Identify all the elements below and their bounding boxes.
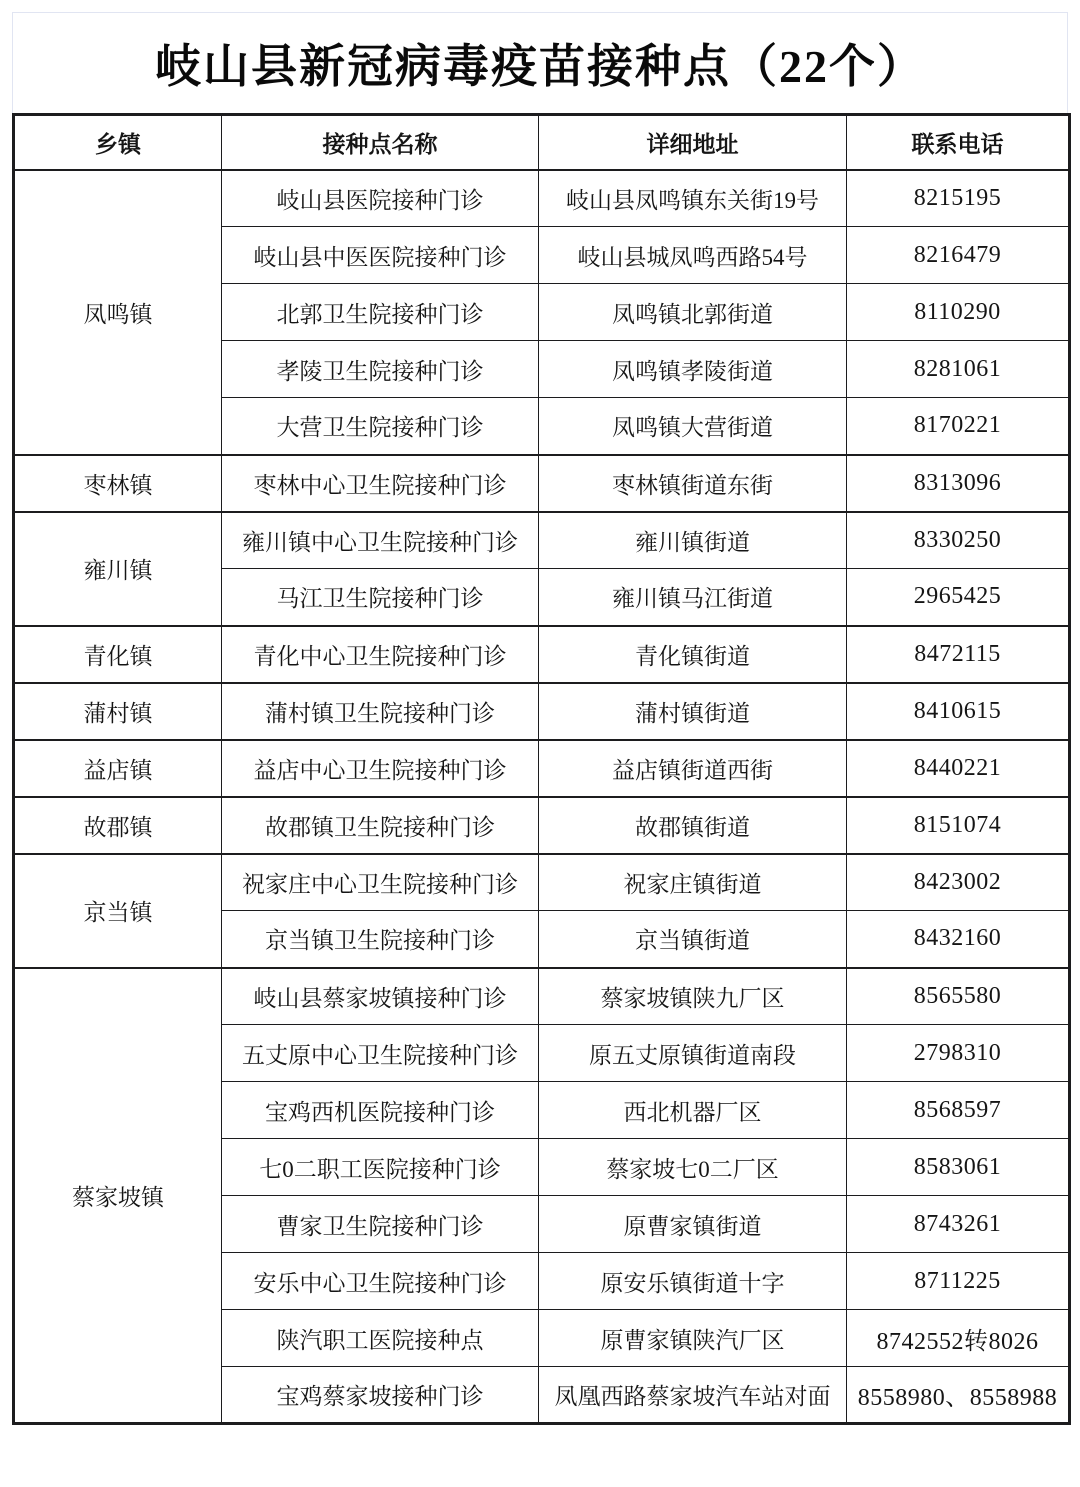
address-cell: 原五丈原镇街道南段 (539, 1025, 847, 1082)
page: 岐山县新冠病毒疫苗接种点（22个） 乡镇 接种点名称 详细地址 联系电话 凤鸣镇… (0, 0, 1080, 1487)
address-cell: 西北机器厂区 (539, 1082, 847, 1139)
site-name-cell: 益店中心卫生院接种门诊 (222, 740, 539, 797)
site-name-cell: 宝鸡蔡家坡接种门诊 (222, 1367, 539, 1424)
table-header: 乡镇 接种点名称 详细地址 联系电话 (14, 115, 1070, 170)
site-name-cell: 孝陵卫生院接种门诊 (222, 341, 539, 398)
phone-cell: 2965425 (847, 569, 1070, 626)
phone-cell: 8565580 (847, 968, 1070, 1025)
address-cell: 祝家庄镇街道 (539, 854, 847, 911)
township-cell: 蔡家坡镇 (14, 968, 222, 1424)
township-cell: 京当镇 (14, 854, 222, 968)
site-name-cell: 岐山县蔡家坡镇接种门诊 (222, 968, 539, 1025)
phone-cell: 8568597 (847, 1082, 1070, 1139)
site-name-cell: 祝家庄中心卫生院接种门诊 (222, 854, 539, 911)
header-phone: 联系电话 (847, 115, 1070, 170)
table-row: 益店镇益店中心卫生院接种门诊益店镇街道西街8440221 (14, 740, 1070, 797)
phone-cell: 8216479 (847, 227, 1070, 284)
page-title: 岐山县新冠病毒疫苗接种点（22个） (155, 30, 925, 96)
table-body: 凤鸣镇岐山县医院接种门诊岐山县凤鸣镇东关街19号8215195岐山县中医医院接种… (14, 170, 1070, 1424)
phone-cell: 8281061 (847, 341, 1070, 398)
address-cell: 青化镇街道 (539, 626, 847, 683)
address-cell: 雍川镇马江街道 (539, 569, 847, 626)
phone-cell: 8432160 (847, 911, 1070, 968)
site-name-cell: 枣林中心卫生院接种门诊 (222, 455, 539, 512)
site-name-cell: 北郭卫生院接种门诊 (222, 284, 539, 341)
address-cell: 故郡镇街道 (539, 797, 847, 854)
site-name-cell: 京当镇卫生院接种门诊 (222, 911, 539, 968)
phone-cell: 8170221 (847, 398, 1070, 455)
site-name-cell: 岐山县医院接种门诊 (222, 170, 539, 227)
address-cell: 雍川镇街道 (539, 512, 847, 569)
site-name-cell: 七0二职工医院接种门诊 (222, 1139, 539, 1196)
phone-cell: 8583061 (847, 1139, 1070, 1196)
header-township: 乡镇 (14, 115, 222, 170)
table-row: 青化镇青化中心卫生院接种门诊青化镇街道8472115 (14, 626, 1070, 683)
address-cell: 京当镇街道 (539, 911, 847, 968)
address-cell: 蒲村镇街道 (539, 683, 847, 740)
site-name-cell: 岐山县中医医院接种门诊 (222, 227, 539, 284)
header-site-name: 接种点名称 (222, 115, 539, 170)
township-cell: 益店镇 (14, 740, 222, 797)
table-row: 蒲村镇蒲村镇卫生院接种门诊蒲村镇街道8410615 (14, 683, 1070, 740)
phone-cell: 8742552转8026 (847, 1310, 1070, 1367)
table-row: 凤鸣镇岐山县医院接种门诊岐山县凤鸣镇东关街19号8215195 (14, 170, 1070, 227)
vaccination-sites-table: 乡镇 接种点名称 详细地址 联系电话 凤鸣镇岐山县医院接种门诊岐山县凤鸣镇东关街… (12, 113, 1071, 1425)
township-cell: 蒲村镇 (14, 683, 222, 740)
phone-cell: 2798310 (847, 1025, 1070, 1082)
phone-cell: 8558980、8558988 (847, 1367, 1070, 1424)
phone-cell: 8423002 (847, 854, 1070, 911)
address-cell: 蔡家坡镇陕九厂区 (539, 968, 847, 1025)
site-name-cell: 青化中心卫生院接种门诊 (222, 626, 539, 683)
site-name-cell: 大营卫生院接种门诊 (222, 398, 539, 455)
phone-cell: 8743261 (847, 1196, 1070, 1253)
header-address: 详细地址 (539, 115, 847, 170)
address-cell: 原安乐镇街道十字 (539, 1253, 847, 1310)
township-cell: 雍川镇 (14, 512, 222, 626)
phone-cell: 8440221 (847, 740, 1070, 797)
site-name-cell: 曹家卫生院接种门诊 (222, 1196, 539, 1253)
address-cell: 凤凰西路蔡家坡汽车站对面 (539, 1367, 847, 1424)
site-name-cell: 蒲村镇卫生院接种门诊 (222, 683, 539, 740)
site-name-cell: 陕汽职工医院接种点 (222, 1310, 539, 1367)
address-cell: 原曹家镇街道 (539, 1196, 847, 1253)
address-cell: 蔡家坡七0二厂区 (539, 1139, 847, 1196)
table-row: 故郡镇故郡镇卫生院接种门诊故郡镇街道8151074 (14, 797, 1070, 854)
address-cell: 原曹家镇陕汽厂区 (539, 1310, 847, 1367)
table-row: 雍川镇雍川镇中心卫生院接种门诊雍川镇街道8330250 (14, 512, 1070, 569)
township-cell: 凤鸣镇 (14, 170, 222, 455)
site-name-cell: 五丈原中心卫生院接种门诊 (222, 1025, 539, 1082)
address-cell: 益店镇街道西街 (539, 740, 847, 797)
phone-cell: 8711225 (847, 1253, 1070, 1310)
site-name-cell: 马江卫生院接种门诊 (222, 569, 539, 626)
address-cell: 凤鸣镇北郭街道 (539, 284, 847, 341)
table-row: 枣林镇枣林中心卫生院接种门诊枣林镇街道东街8313096 (14, 455, 1070, 512)
township-cell: 枣林镇 (14, 455, 222, 512)
address-cell: 枣林镇街道东街 (539, 455, 847, 512)
address-cell: 凤鸣镇大营街道 (539, 398, 847, 455)
address-cell: 凤鸣镇孝陵街道 (539, 341, 847, 398)
header-row: 乡镇 接种点名称 详细地址 联系电话 (14, 115, 1070, 170)
phone-cell: 8215195 (847, 170, 1070, 227)
site-name-cell: 故郡镇卫生院接种门诊 (222, 797, 539, 854)
phone-cell: 8472115 (847, 626, 1070, 683)
phone-cell: 8330250 (847, 512, 1070, 569)
phone-cell: 8410615 (847, 683, 1070, 740)
address-cell: 岐山县凤鸣镇东关街19号 (539, 170, 847, 227)
township-cell: 故郡镇 (14, 797, 222, 854)
table-row: 蔡家坡镇岐山县蔡家坡镇接种门诊蔡家坡镇陕九厂区8565580 (14, 968, 1070, 1025)
phone-cell: 8110290 (847, 284, 1070, 341)
title-bar: 岐山县新冠病毒疫苗接种点（22个） (12, 12, 1068, 113)
address-cell: 岐山县城凤鸣西路54号 (539, 227, 847, 284)
site-name-cell: 安乐中心卫生院接种门诊 (222, 1253, 539, 1310)
phone-cell: 8151074 (847, 797, 1070, 854)
phone-cell: 8313096 (847, 455, 1070, 512)
table-row: 京当镇祝家庄中心卫生院接种门诊祝家庄镇街道8423002 (14, 854, 1070, 911)
township-cell: 青化镇 (14, 626, 222, 683)
site-name-cell: 宝鸡西机医院接种门诊 (222, 1082, 539, 1139)
site-name-cell: 雍川镇中心卫生院接种门诊 (222, 512, 539, 569)
